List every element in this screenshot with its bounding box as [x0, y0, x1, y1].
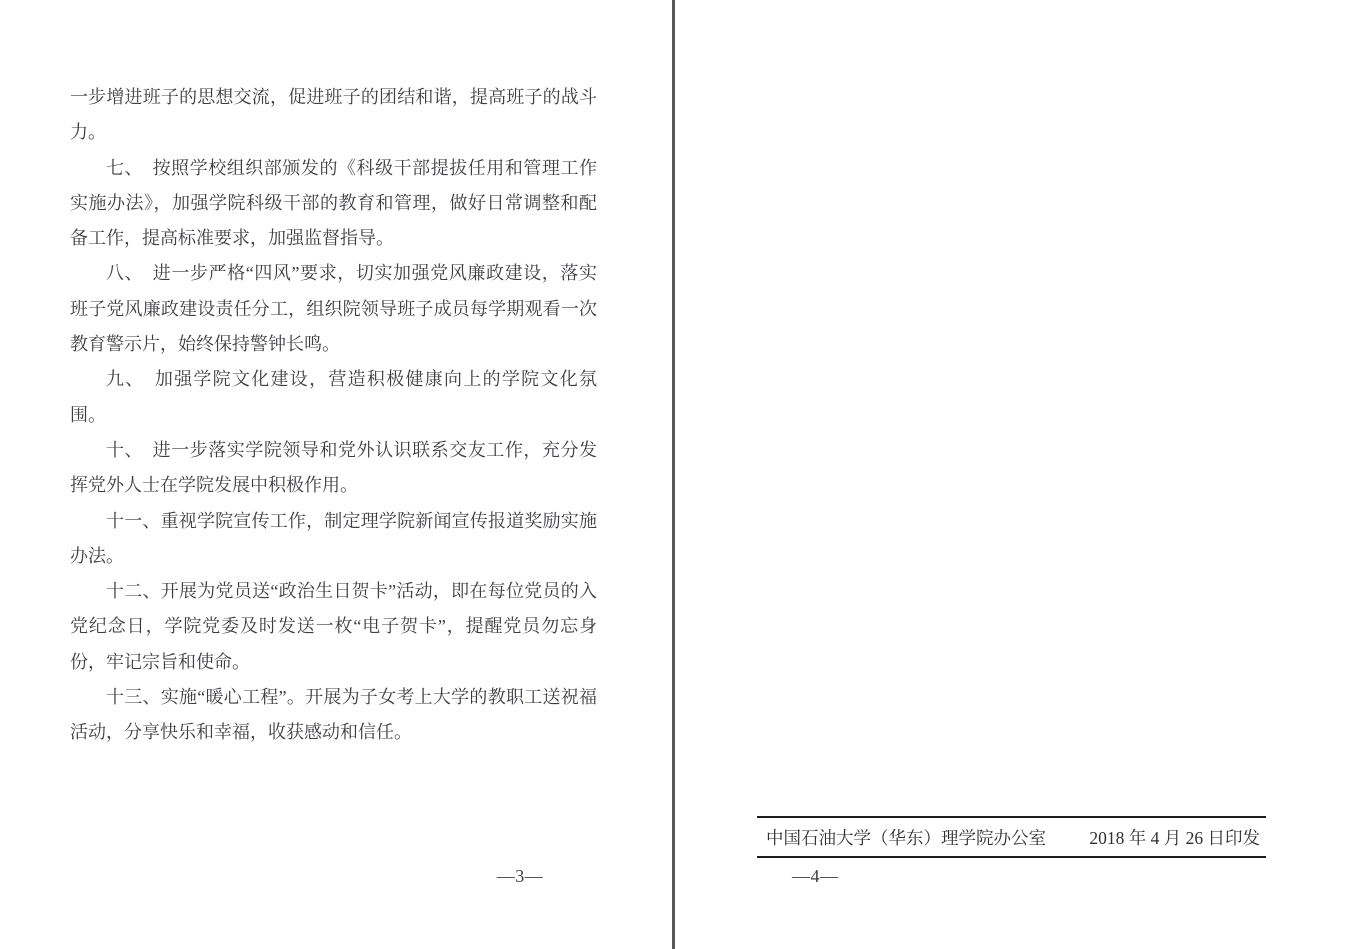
colophon-issuer: 中国石油大学（华东）理学院办公室 [766, 825, 1046, 850]
paragraph-continuation: 一步增进班子的思想交流，促进班子的团结和谐，提高班子的战斗力。 [70, 80, 597, 151]
paragraph-item-8: 八、 进一步严格“四风”要求，切实加强党风廉政建设，落实班子党风廉政建设责任分工… [70, 256, 597, 362]
colophon-print-date: 2018 年 4 月 26 日印发 [1089, 825, 1260, 850]
paragraph-item-12: 十二、开展为党员送“政治生日贺卡”活动，即在每位党员的入党纪念日，学院党委及时发… [70, 574, 597, 680]
page-number-4: —4— [792, 866, 839, 887]
colophon: 中国石油大学（华东）理学院办公室 2018 年 4 月 26 日印发 [757, 816, 1266, 858]
paragraph-item-13: 十三、实施“暖心工程”。开展为子女考上大学的教职工送祝福活动，分享快乐和幸福，收… [70, 680, 597, 751]
page-3-text-block: 一步增进班子的思想交流，促进班子的团结和谐，提高班子的战斗力。 七、 按照学校组… [70, 80, 597, 751]
paragraph-item-9: 九、 加强学院文化建设，营造积极健康向上的学院文化氛围。 [70, 362, 597, 433]
pages-divider [672, 0, 675, 949]
page-number-3: —3— [468, 866, 572, 887]
document-scan: 一步增进班子的思想交流，促进班子的团结和谐，提高班子的战斗力。 七、 按照学校组… [0, 0, 1345, 949]
paragraph-item-10: 十、 进一步落实学院领导和党外认识联系交友工作，充分发挥党外人士在学院发展中积极… [70, 433, 597, 504]
paragraph-item-11: 十一、重视学院宣传工作，制定理学院新闻宣传报道奖励实施办法。 [70, 504, 597, 575]
paragraph-item-7: 七、 按照学校组织部颁发的《科级干部提拔任用和管理工作实施办法》，加强学院科级干… [70, 151, 597, 257]
